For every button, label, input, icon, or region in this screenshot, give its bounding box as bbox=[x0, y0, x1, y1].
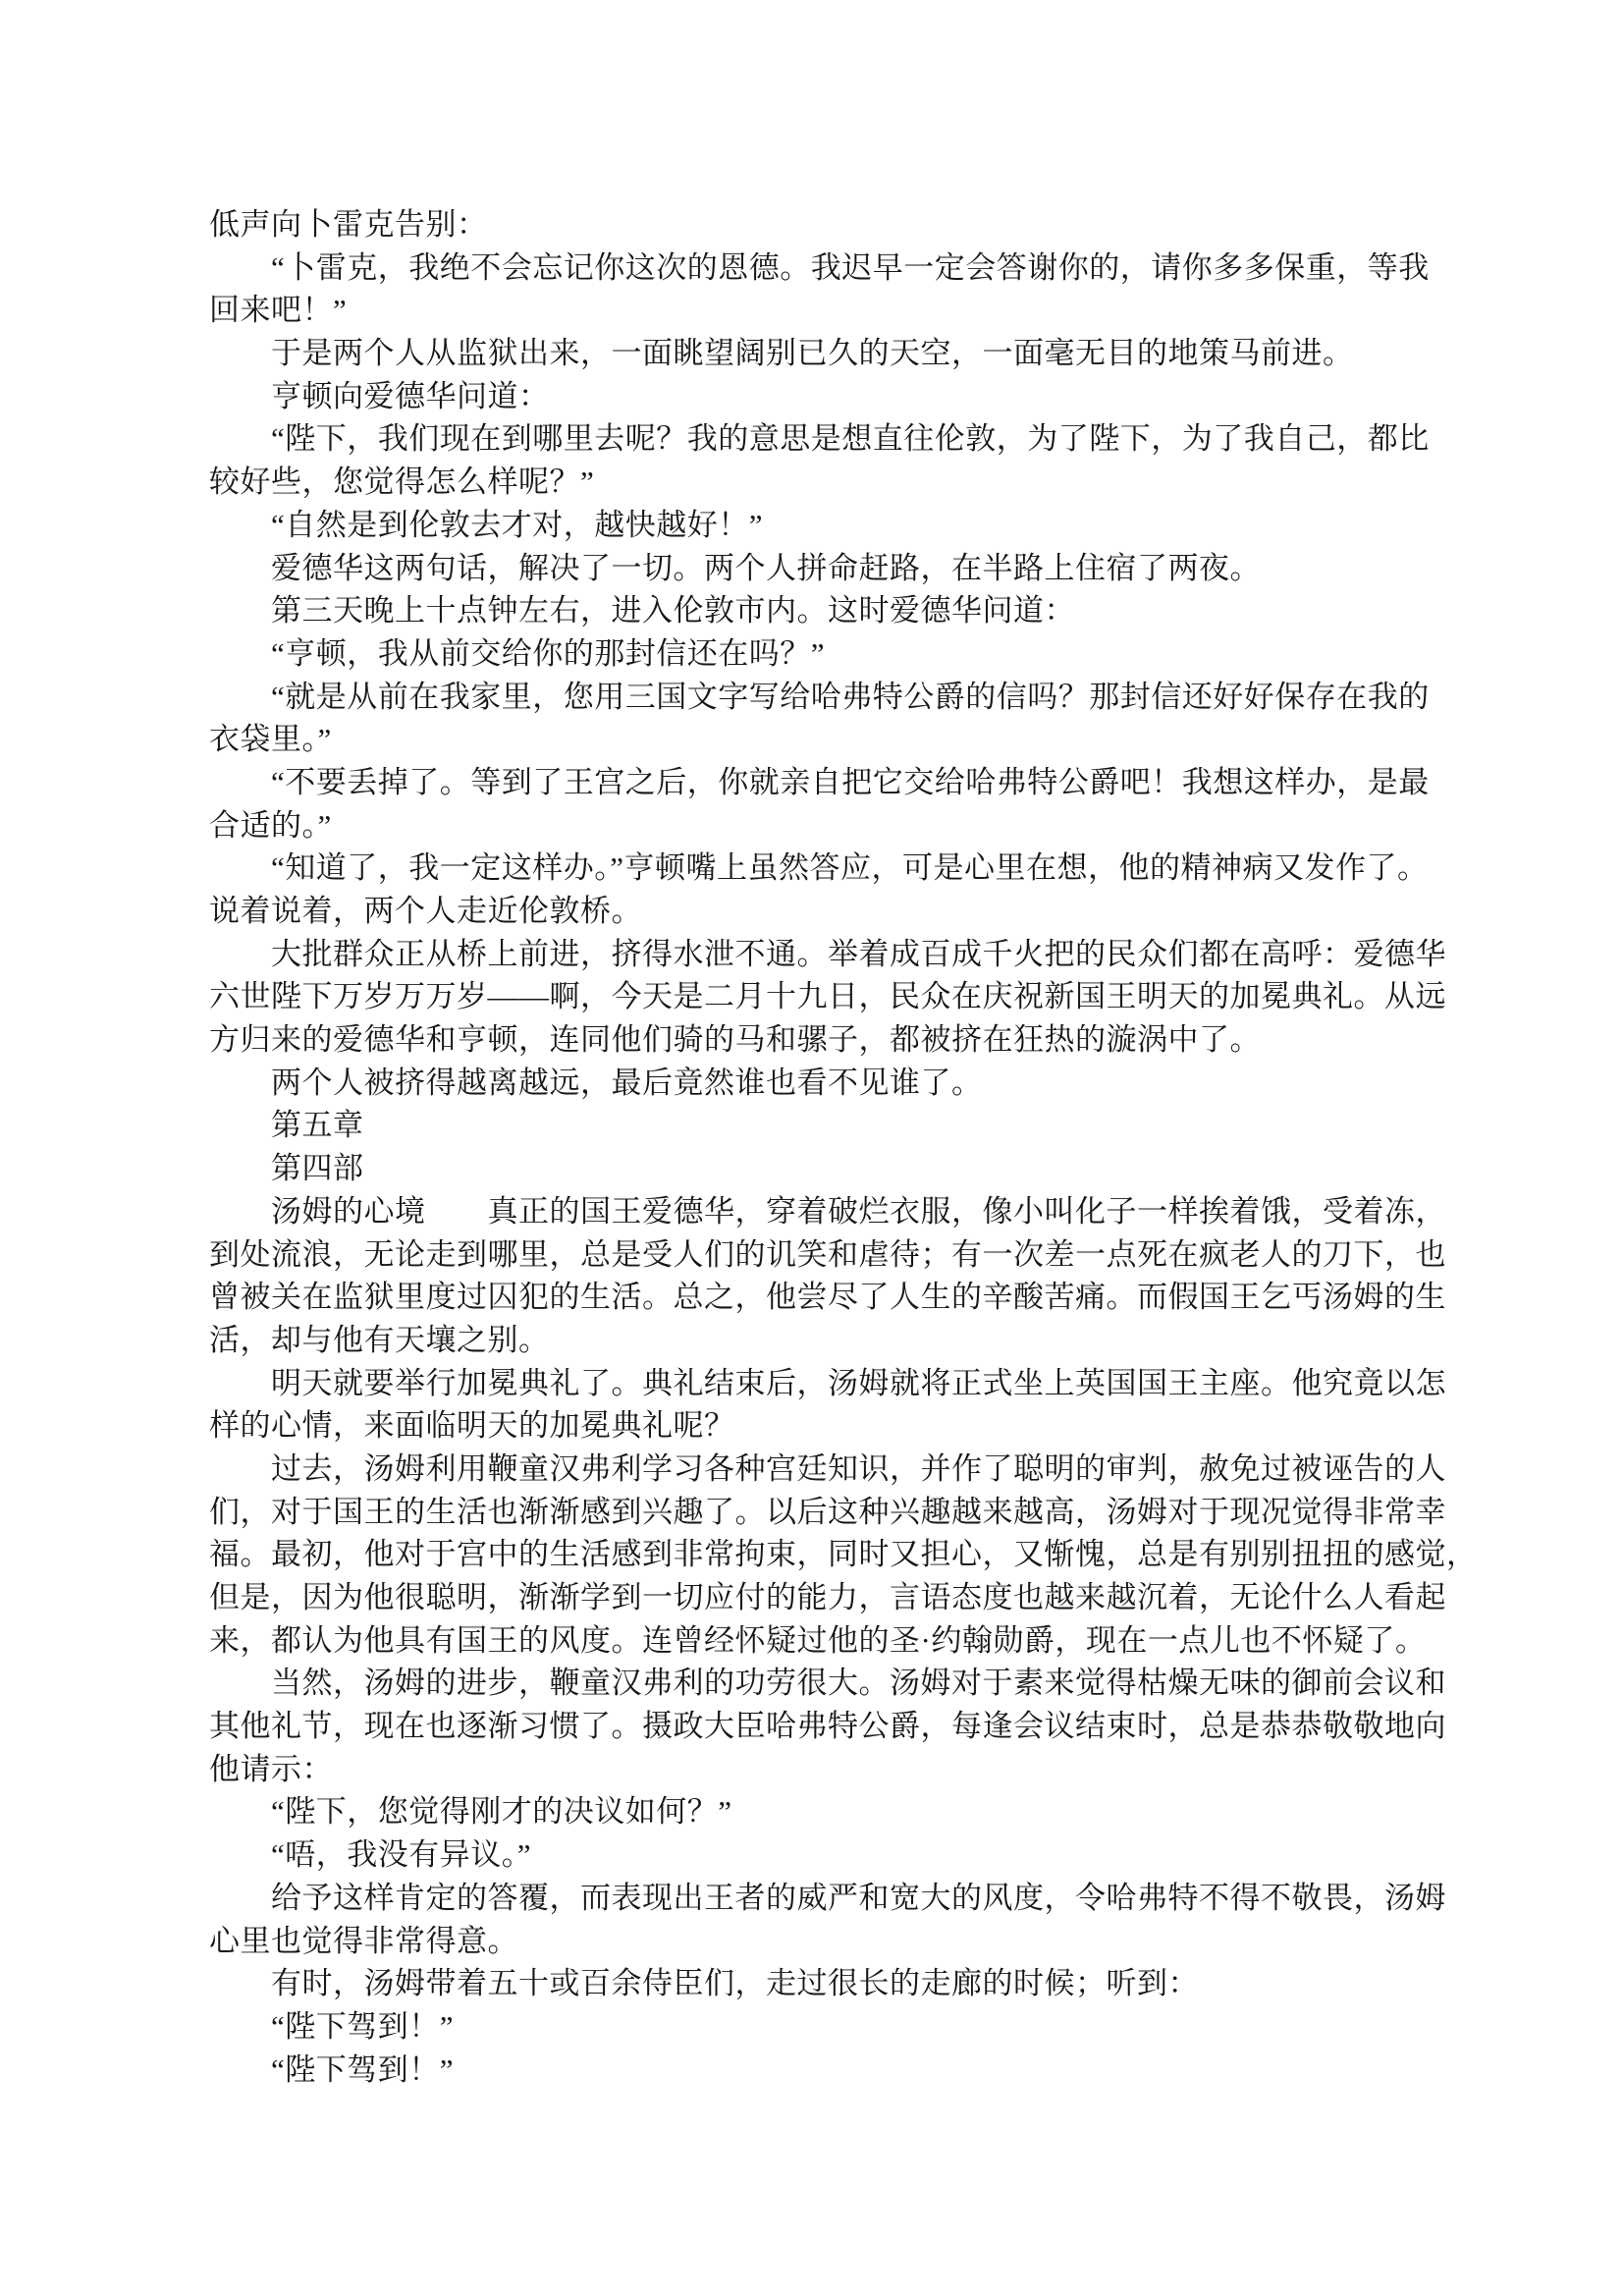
text-line: 于是两个人从监狱出来，一面眺望阔别已久的天空，一面毫无目的地策马前进。 bbox=[209, 332, 1423, 375]
text-line: 低声向卜雷克告别： bbox=[209, 203, 1423, 246]
text-line: 来，都认为他具有国王的风度。连曾经怀疑过他的圣·约翰勋爵，现在一点儿也不怀疑了。 bbox=[209, 1619, 1423, 1663]
text-line: “自然是到伦敦去才对，越快越好！” bbox=[209, 504, 1423, 547]
text-line: 两个人被挤得越离越远，最后竟然谁也看不见谁了。 bbox=[209, 1062, 1423, 1105]
text-line: “卜雷克，我绝不会忘记你这次的恩德。我迟早一定会答谢你的，请你多多保重，等我 bbox=[209, 246, 1423, 290]
text-line: “唔，我没有异议。” bbox=[209, 1833, 1423, 1877]
text-line: 活，却与他有天壤之别。 bbox=[209, 1319, 1423, 1362]
chapter-heading-line: 第五章 bbox=[209, 1104, 1423, 1147]
document-page: 低声向卜雷克告别： “卜雷克，我绝不会忘记你这次的恩德。我迟早一定会答谢你的，请… bbox=[0, 0, 1623, 2296]
text-line: “陛下，您觉得刚才的决议如何？” bbox=[209, 1790, 1423, 1833]
text-line: 他请示： bbox=[209, 1748, 1423, 1791]
text-line: 衣袋里。” bbox=[209, 718, 1423, 761]
text-line: 样的心情，来面临明天的加冕典礼呢？ bbox=[209, 1404, 1423, 1448]
text-line: 当然，汤姆的进步，鞭童汉弗利的功劳很大。汤姆对于素来觉得枯燥无味的御前会议和 bbox=[209, 1662, 1423, 1705]
text-line: 方归来的爱德华和亨顿，连同他们骑的马和骡子，都被挤在狂热的漩涡中了。 bbox=[209, 1018, 1423, 1062]
text-line: 给予这样肯定的答覆，而表现出王者的威严和宽大的风度，令哈弗特不得不敬畏，汤姆 bbox=[209, 1877, 1423, 1920]
text-line: “知道了，我一定这样办。”亨顿嘴上虽然答应，可是心里在想，他的精神病又发作了。 bbox=[209, 847, 1423, 890]
text-line: 六世陛下万岁万万岁——啊，今天是二月十九日，民众在庆祝新国王明天的加冕典礼。从远 bbox=[209, 975, 1423, 1018]
text-line: “陛下驾到！” bbox=[209, 2005, 1423, 2049]
text-line: 合适的。” bbox=[209, 804, 1423, 847]
text-line: “陛下驾到！” bbox=[209, 2049, 1423, 2092]
part-heading-line: 第四部 bbox=[209, 1147, 1423, 1190]
text-line: 亨顿向爱德华问道： bbox=[209, 375, 1423, 418]
text-line: 较好些，您觉得怎么样呢？” bbox=[209, 461, 1423, 504]
text-line: 但是，因为他很聪明，渐渐学到一切应付的能力，言语态度也越来越沉着，无论什么人看起 bbox=[209, 1576, 1423, 1619]
text-line: “就是从前在我家里，您用三国文字写给哈弗特公爵的信吗？那封信还好好保存在我的 bbox=[209, 676, 1423, 719]
text-line: “亨顿，我从前交给你的那封信还在吗？” bbox=[209, 632, 1423, 676]
text-line: 第三天晚上十点钟左右，进入伦敦市内。这时爱德华问道： bbox=[209, 589, 1423, 632]
text-line: 回来吧！” bbox=[209, 289, 1423, 332]
text-line: 汤姆的心境 真正的国王爱德华，穿着破烂衣服，像小叫化子一样挨着饿，受着冻， bbox=[209, 1190, 1423, 1233]
text-line: 其他礼节，现在也逐渐习惯了。摄政大臣哈弗特公爵，每逢会议结束时，总是恭恭敬敬地向 bbox=[209, 1705, 1423, 1748]
text-line: “不要丢掉了。等到了王宫之后，你就亲自把它交给哈弗特公爵吧！我想这样办，是最 bbox=[209, 761, 1423, 804]
text-line: “陛下，我们现在到哪里去呢？我的意思是想直往伦敦，为了陛下，为了我自己，都比 bbox=[209, 417, 1423, 461]
text-line: 曾被关在监狱里度过囚犯的生活。总之，他尝尽了人生的辛酸苦痛。而假国王乞丐汤姆的生 bbox=[209, 1276, 1423, 1319]
text-line: 过去，汤姆利用鞭童汉弗利学习各种宫廷知识，并作了聪明的审判，赦免过被诬告的人 bbox=[209, 1448, 1423, 1491]
text-line: 爱德华这两句话，解决了一切。两个人拼命赶路，在半路上住宿了两夜。 bbox=[209, 547, 1423, 590]
text-line: 说着说着，两个人走近伦敦桥。 bbox=[209, 890, 1423, 933]
text-line: 到处流浪，无论走到哪里，总是受人们的讥笑和虐待；有一次差一点死在疯老人的刀下，也 bbox=[209, 1233, 1423, 1277]
text-line: 福。最初，他对于宫中的生活感到非常拘束，同时又担心，又惭愧，总是有别别扭扭的感觉… bbox=[209, 1533, 1423, 1576]
text-line: 心里也觉得非常得意。 bbox=[209, 1920, 1423, 1963]
text-line: 有时，汤姆带着五十或百余侍臣们，走过很长的走廊的时候；听到： bbox=[209, 1962, 1423, 2005]
text-line: 明天就要举行加冕典礼了。典礼结束后，汤姆就将正式坐上英国国王主座。他究竟以怎 bbox=[209, 1362, 1423, 1405]
page-text-block: 低声向卜雷克告别： “卜雷克，我绝不会忘记你这次的恩德。我迟早一定会答谢你的，请… bbox=[209, 203, 1423, 2091]
text-line: 们，对于国王的生活也渐渐感到兴趣了。以后这种兴趣越来越高，汤姆对于现况觉得非常幸 bbox=[209, 1491, 1423, 1534]
text-line: 大批群众正从桥上前进，挤得水泄不通。举着成百成千火把的民众们都在高呼：爱德华 bbox=[209, 933, 1423, 976]
